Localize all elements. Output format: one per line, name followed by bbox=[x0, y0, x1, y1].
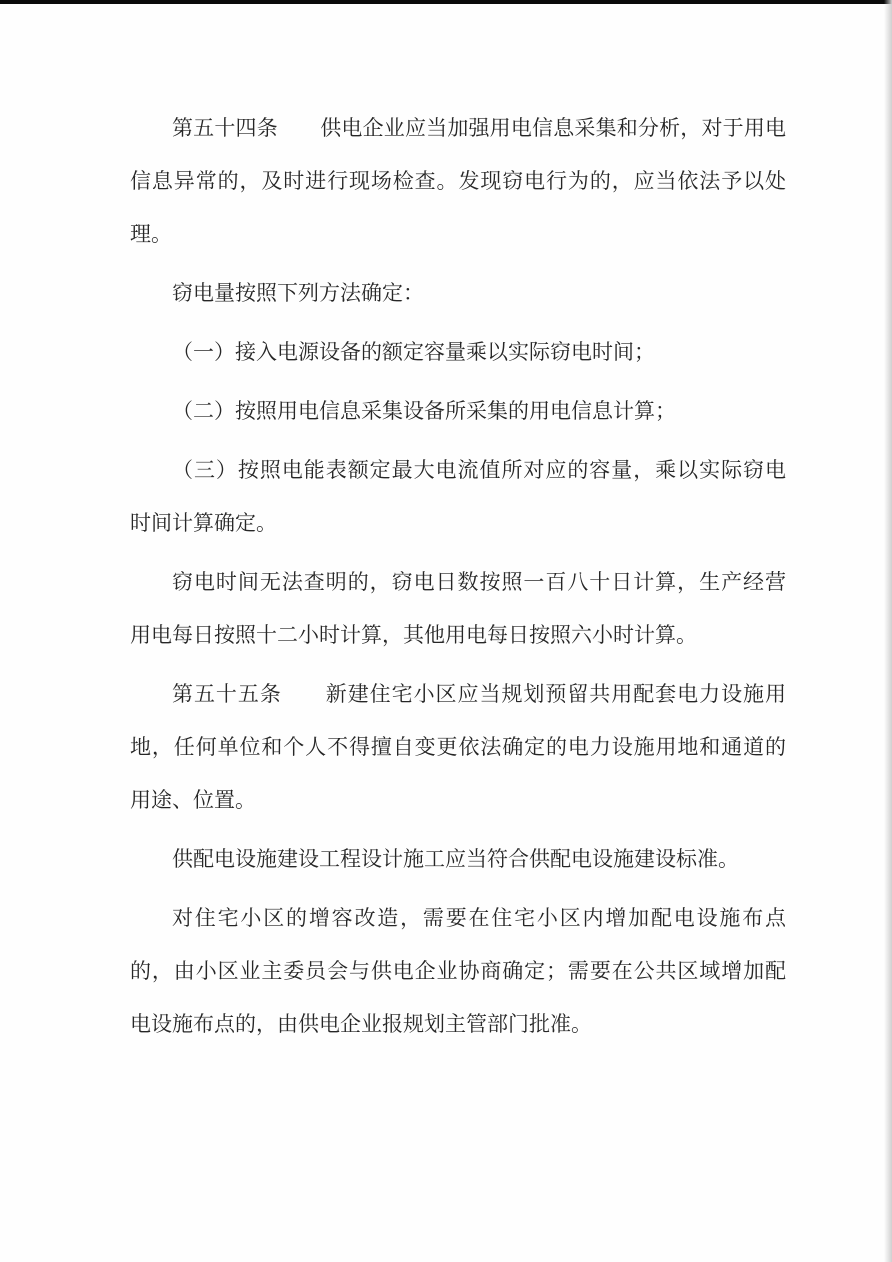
text-line: 电设施布点的，由供电企业报规划主管部门批准。 bbox=[130, 998, 786, 1051]
text-line: 的，由小区业主委员会与供电企业协商确定；需要在公共区域增加配 bbox=[130, 945, 786, 998]
paragraph: 对住宅小区的增容改造，需要在住宅小区内增加配电设施布点的，由小区业主委员会与供电… bbox=[130, 892, 786, 1051]
paragraph: 第五十四条 供电企业应当加强用电信息采集和分析，对于用电信息异常的，及时进行现场… bbox=[130, 102, 786, 261]
text-line: 用电每日按照十二小时计算，其他用电每日按照六小时计算。 bbox=[130, 609, 786, 662]
paragraph: （一）接入电源设备的额定容量乘以实际窃电时间； bbox=[130, 326, 786, 379]
paragraph: 窃电量按照下列方法确定： bbox=[130, 267, 786, 320]
paragraph: （三）按照电能表额定最大电流值所对应的容量，乘以实际窃电时间计算确定。 bbox=[130, 444, 786, 550]
scan-right-edge-shadow bbox=[884, 0, 892, 1262]
document-page: 第五十四条 供电企业应当加强用电信息采集和分析，对于用电信息异常的，及时进行现场… bbox=[0, 0, 892, 1262]
text-line: 地，任何单位和个人不得擅自变更依法确定的电力设施用地和通道的 bbox=[130, 721, 786, 774]
text-line: 用途、位置。 bbox=[130, 774, 786, 827]
paragraph: （二）按照用电信息采集设备所采集的用电信息计算； bbox=[130, 385, 786, 438]
text-line: 窃电时间无法查明的，窃电日数按照一百八十日计算，生产经营 bbox=[130, 556, 786, 609]
text-line: 理。 bbox=[130, 208, 786, 261]
text-line: 信息异常的，及时进行现场检查。发现窃电行为的，应当依法予以处 bbox=[130, 155, 786, 208]
text-line: 窃电量按照下列方法确定： bbox=[130, 267, 786, 320]
text-line: 时间计算确定。 bbox=[130, 497, 786, 550]
text-line: 第五十五条 新建住宅小区应当规划预留共用配套电力设施用 bbox=[130, 668, 786, 721]
text-line: （二）按照用电信息采集设备所采集的用电信息计算； bbox=[130, 385, 786, 438]
text-line: 供配电设施建设工程设计施工应当符合供配电设施建设标准。 bbox=[130, 833, 786, 886]
paragraph: 窃电时间无法查明的，窃电日数按照一百八十日计算，生产经营用电每日按照十二小时计算… bbox=[130, 556, 786, 662]
text-line: （一）接入电源设备的额定容量乘以实际窃电时间； bbox=[130, 326, 786, 379]
paragraph: 供配电设施建设工程设计施工应当符合供配电设施建设标准。 bbox=[130, 833, 786, 886]
text-line: （三）按照电能表额定最大电流值所对应的容量，乘以实际窃电 bbox=[130, 444, 786, 497]
paragraph: 第五十五条 新建住宅小区应当规划预留共用配套电力设施用地，任何单位和个人不得擅自… bbox=[130, 668, 786, 827]
document-body: 第五十四条 供电企业应当加强用电信息采集和分析，对于用电信息异常的，及时进行现场… bbox=[130, 102, 786, 1057]
scan-top-edge-bar bbox=[0, 0, 892, 4]
text-line: 对住宅小区的增容改造，需要在住宅小区内增加配电设施布点 bbox=[130, 892, 786, 945]
text-line: 第五十四条 供电企业应当加强用电信息采集和分析，对于用电 bbox=[130, 102, 786, 155]
